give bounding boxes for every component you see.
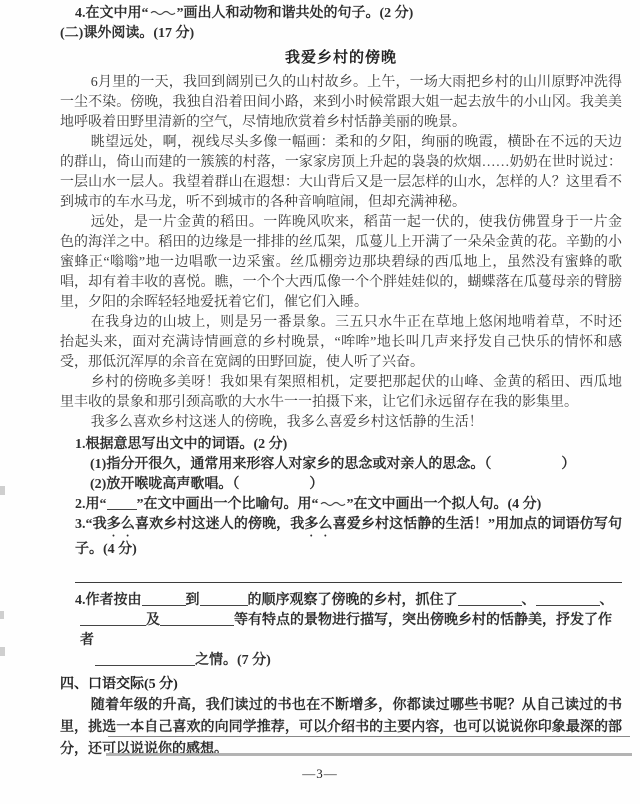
fill-blank xyxy=(80,612,146,626)
fill-blank xyxy=(458,592,522,606)
question-4-line-3: 之情。(7 分) xyxy=(60,651,622,671)
passage-title: 我爱乡村的傍晚 xyxy=(285,50,397,66)
question-1: 1.根据意思写出文中的词语。(2 分) xyxy=(60,435,622,455)
passage-paragraph: 6月里的一天，我回到阔别已久的山村故乡。上午，一场大雨把乡村的山川原野冲洗得一尘… xyxy=(60,73,622,133)
fill-blank xyxy=(536,592,600,606)
wavy-line-icon xyxy=(150,9,176,16)
question-3-seg2: 喜欢乡村这迷人的傍晚，我 xyxy=(135,517,304,532)
fill-blank xyxy=(142,592,186,606)
question-4-text: 及 xyxy=(146,613,160,628)
passage-paragraph: 我多么喜欢乡村这迷人的傍晚，我多么喜爱乡村这恬静的生活！ xyxy=(60,413,622,433)
question-2-seg2: ”在文中画出一个比喻句。用“ xyxy=(137,497,319,512)
answer-line xyxy=(75,570,622,583)
passage-paragraph: 在我身边的山坡上，则是另一番景象。三五只水牛正在草地上悠闲地啃着草，不时还抬起头… xyxy=(60,313,622,373)
question-4-text: 之情。(7 分) xyxy=(195,653,271,668)
question-4-text: 、 xyxy=(522,593,536,608)
question-4-text: 到 xyxy=(186,593,200,608)
question-4-line-1: 4.作者按由到的顺序观察了傍晚的乡村，抓住了、、 xyxy=(60,591,622,611)
question-3-seg1: 3.“我 xyxy=(75,517,107,532)
question-4-suffix: ”画出人和动物和谐共处的句子。(2 分) xyxy=(177,6,414,21)
section-heading-reading: (二)课外阅读。(17 分) xyxy=(60,24,622,44)
writing-line xyxy=(108,736,630,737)
scan-artifact xyxy=(0,611,4,619)
passage-body: 6月里的一天，我回到阔别已久的山村故乡。上午，一场大雨把乡村的山川原野冲洗得一尘… xyxy=(60,73,622,433)
passage-paragraph: 乡村的傍晚多美呀！我如果有架照相机，定要把那起伏的山峰、金黄的稻田、西瓜地里丰收… xyxy=(60,373,622,413)
question-1-sub-2: (2)放开喉咙高声歌唱。（ ） xyxy=(60,475,622,495)
question-4-prefix: 4.在文中用“ xyxy=(75,6,149,21)
question-4-text: 的顺序观察了傍晚的乡村，抓住了 xyxy=(248,593,458,608)
question-3: 3.“我多么喜欢乡村这迷人的傍晚，我多么喜爱乡村这恬静的生活！”用加点的词语仿写… xyxy=(60,515,622,560)
question-1-sub-1: (1)指分开很久，通常用来形容人对家乡的思念或对亲人的思念。（ ） xyxy=(60,455,622,475)
question-2: 2.用“”在文中画出一个比喻句。用“”在文中画出一个拟人句。(4 分) xyxy=(60,495,622,515)
exam-page: 4.在文中用“”画出人和动物和谐共处的句子。(2 分) (二)课外阅读。(17 … xyxy=(0,0,640,804)
fill-blank xyxy=(95,652,195,666)
page-number: —3— xyxy=(0,764,640,784)
section-heading-oral: 四、口语交际(5 分) xyxy=(60,675,622,695)
question-3-emphasis: 多么 xyxy=(304,517,332,532)
question-4-text: 、 xyxy=(600,593,614,608)
oral-prompt: 随着年级的升高，我们读过的书也在不断增多，你都读过哪些书呢？从自己读过的书里，挑… xyxy=(60,695,622,761)
scan-artifact xyxy=(0,486,5,495)
question-2-seg3: ”在文中画出一个拟人句。(4 分) xyxy=(347,497,542,512)
scan-artifact xyxy=(0,647,5,656)
question-4-reading-one: 4.在文中用“”画出人和动物和谐共处的句子。(2 分) xyxy=(60,4,622,24)
question-4-line-2: 及等有特点的景物进行描写，突出傍晚乡村的恬静美，抒发了作者 xyxy=(60,611,622,651)
straight-blank xyxy=(107,496,137,510)
fill-blank xyxy=(200,592,248,606)
question-3-emphasis: 多么 xyxy=(107,517,135,532)
passage-paragraph: 眺望远处，啊，视线尽头多像一幅画：柔和的夕阳，绚丽的晚霞，横卧在不远的天边的群山… xyxy=(60,133,622,213)
passage-paragraph: 远处，是一片金黄的稻田。一阵晚风吹来，稻苗一起一伏的，使我仿佛置身于一片金色的海… xyxy=(60,213,622,313)
question-2-seg1: 2.用“ xyxy=(75,497,107,512)
passage-title-row: 我爱乡村的傍晚 xyxy=(60,48,622,69)
fill-blank xyxy=(160,612,234,626)
wavy-line-icon xyxy=(320,500,346,507)
question-4-text: 4.作者按由 xyxy=(75,593,142,608)
writing-line xyxy=(106,753,632,756)
